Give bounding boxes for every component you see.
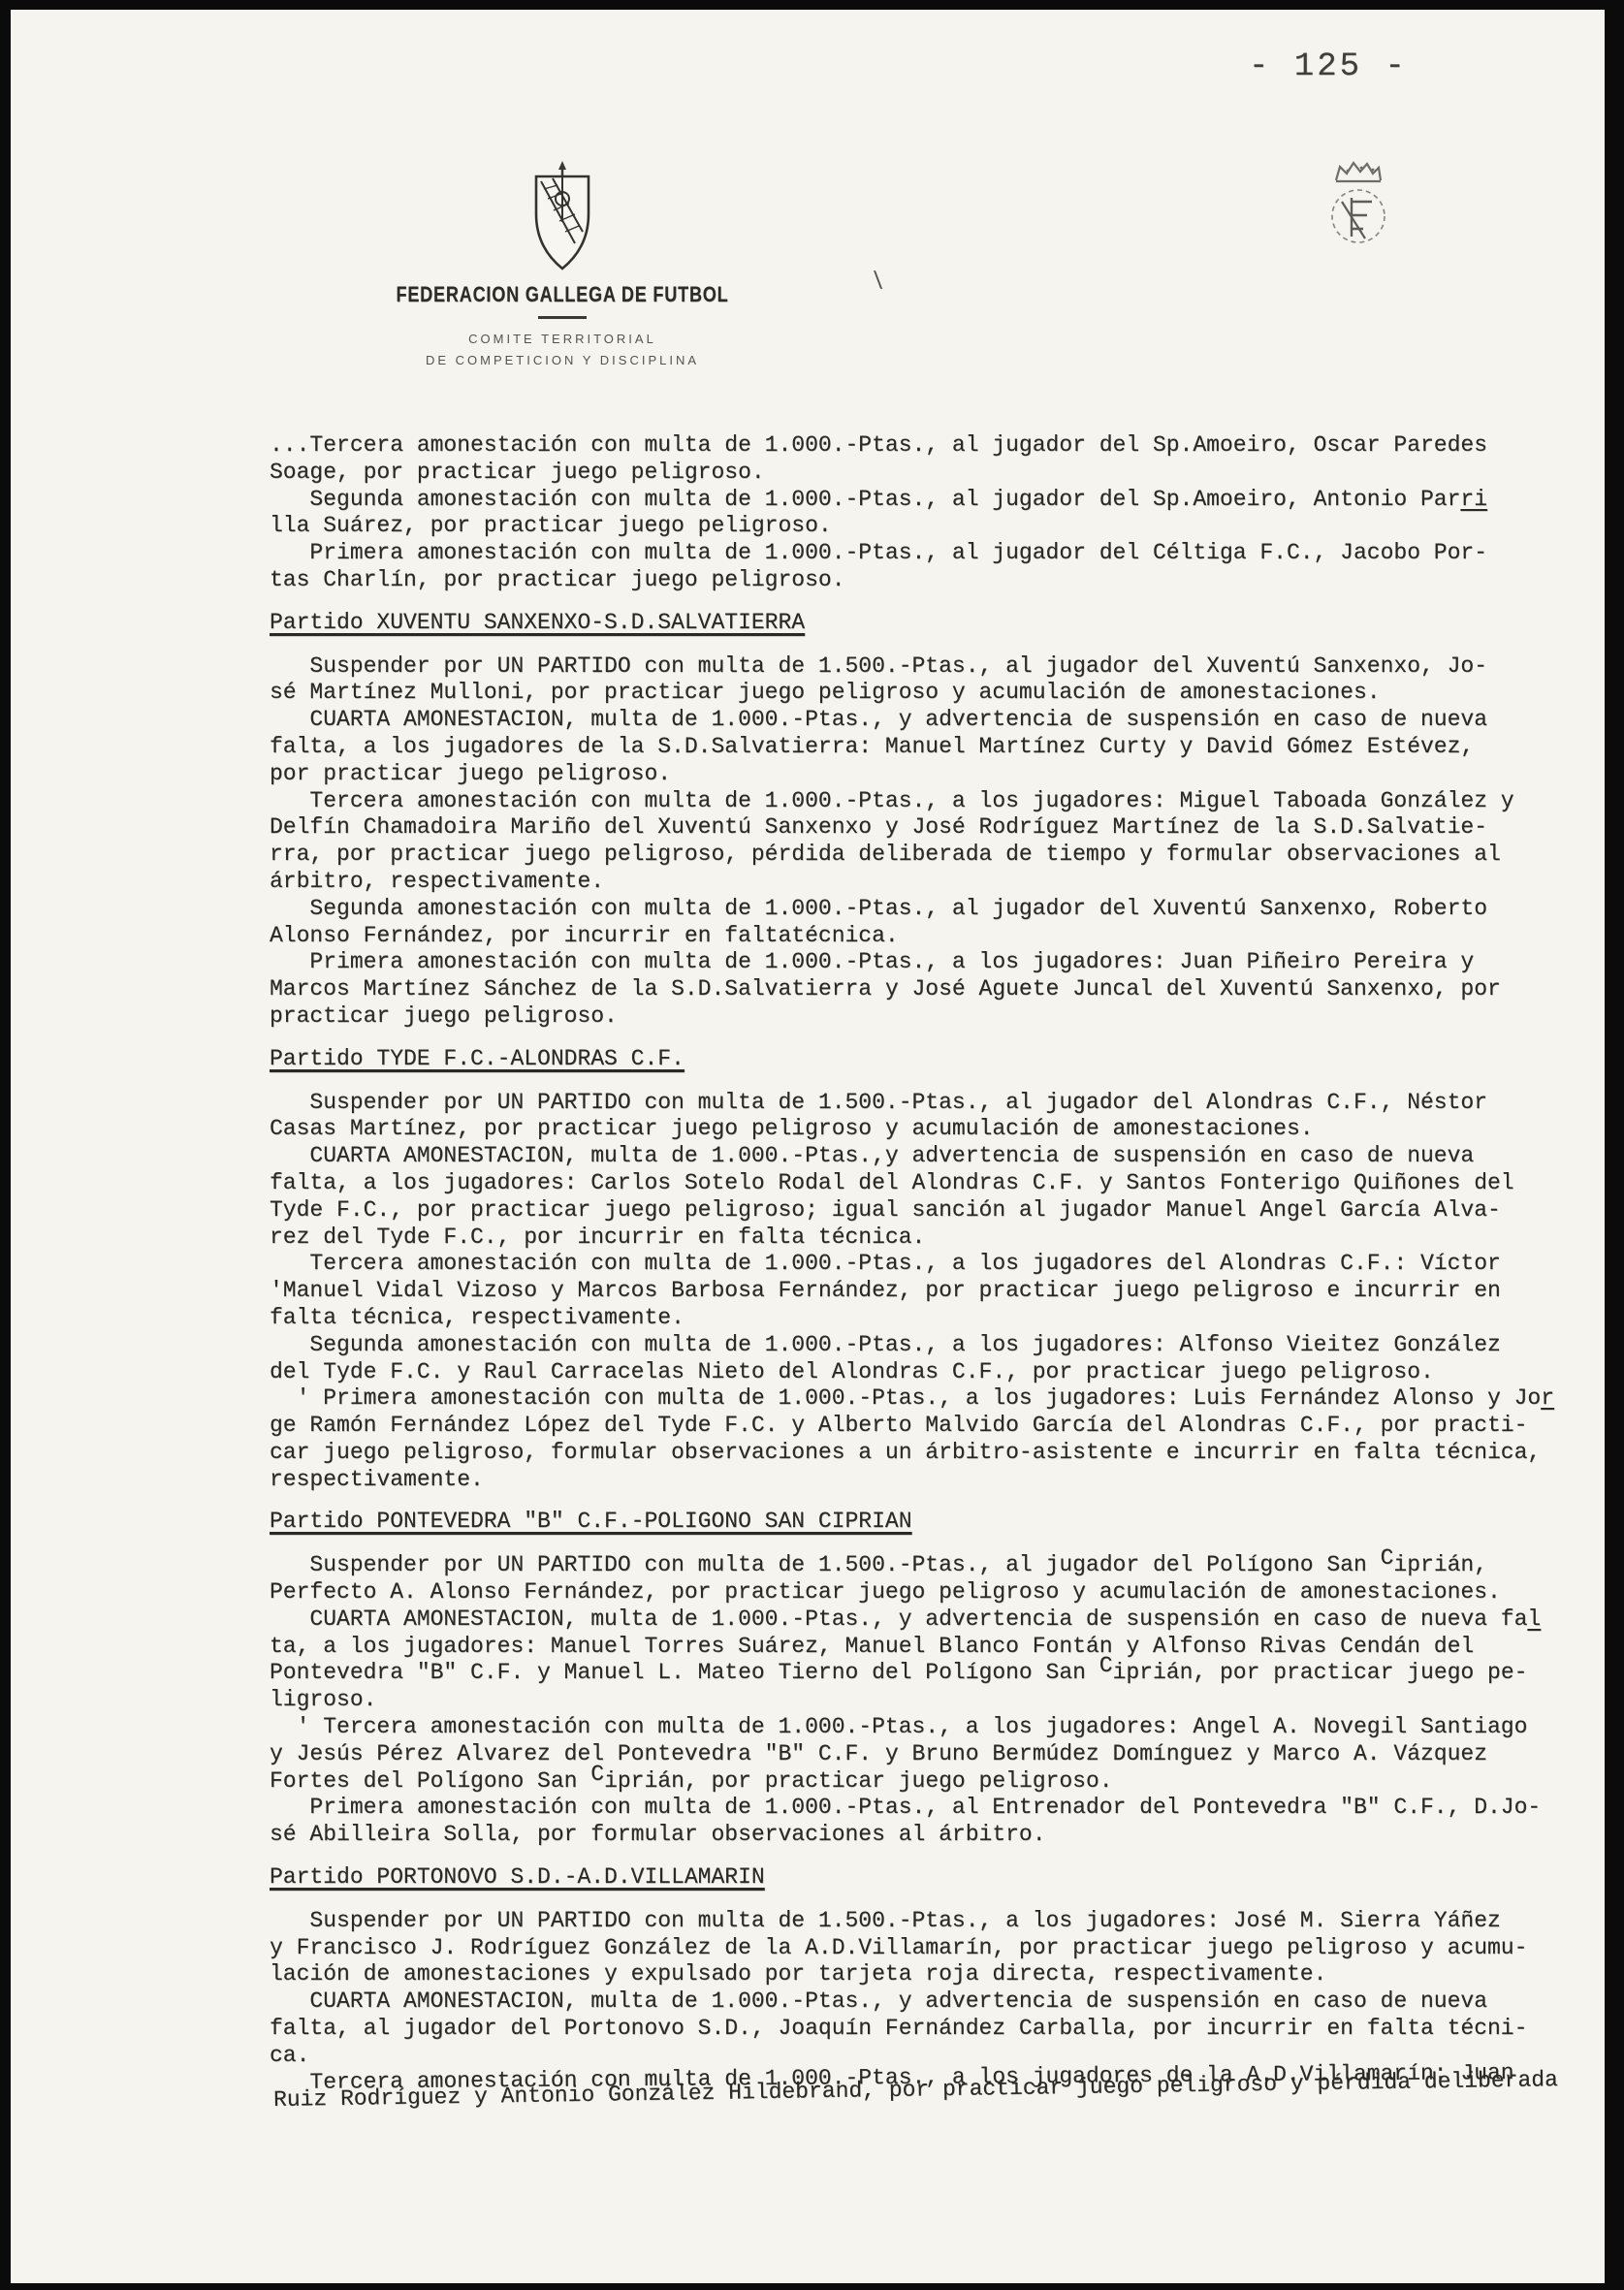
text-line: lación de amonestaciones y expulsado por…: [270, 1961, 1612, 1988]
federation-crown-stamp-icon: [1319, 155, 1396, 257]
text-line: ligroso.: [270, 1687, 1612, 1714]
committee-line-2: DE COMPETICION Y DISCIPLINA: [354, 350, 771, 371]
text-line: Soage, por practicar juego peligroso.: [270, 460, 1612, 487]
text-line: Suspender por UN PARTIDO con multa de 1.…: [270, 1552, 1612, 1579]
text-line: Primera amonestación con multa de 1.000.…: [270, 540, 1612, 567]
text-line: CUARTA AMONESTACION, multa de 1.000.-Pta…: [270, 707, 1612, 734]
text-line: ge Ramón Fernández López del Tyde F.C. y…: [270, 1413, 1612, 1440]
text-line: del Tyde F.C. y Raul Carracelas Nieto de…: [270, 1359, 1612, 1386]
text-line: Partido TYDE F.C.-ALONDRAS C.F.: [270, 1046, 1612, 1073]
committee-line-1: COMITE TERRITORIAL: [354, 329, 771, 350]
text-line: Tercera amonestación con multa de 1.000.…: [270, 788, 1612, 815]
text-line: CUARTA AMONESTACION, multa de 1.000.-Pta…: [270, 1606, 1612, 1634]
text-line: Primera amonestación con multa de 1.000.…: [270, 949, 1612, 976]
text-line: Casas Martínez, por practicar juego peli…: [270, 1116, 1612, 1143]
text-line: 'Manuel Vidal Vizoso y Marcos Barbosa Fe…: [270, 1278, 1612, 1305]
text-line: falta técnica, respectivamente.: [270, 1305, 1612, 1332]
text-line: practicar juego peligroso.: [270, 1003, 1612, 1031]
text-line: Alonso Fernández, por incurrir en faltat…: [270, 923, 1612, 950]
paragraph: Suspender por UN PARTIDO con multa de 1.…: [270, 1908, 1612, 2115]
paragraph: ...Tercera amonestación con multa de 1.0…: [270, 432, 1612, 594]
scanned-document-page: { "page": { "number": "- 125 -", "colors…: [0, 0, 1624, 2290]
text-line: por practicar juego peligroso.: [270, 761, 1612, 788]
text-line: falta, a los jugadores: Carlos Sotelo Ro…: [270, 1170, 1612, 1197]
text-line: árbitro, respectivamente.: [270, 869, 1612, 896]
text-line: tas Charlín, por practicar juego peligro…: [270, 567, 1612, 594]
text-line: Tercera amonestación con multa de 1.000.…: [270, 1251, 1612, 1278]
text-line: Tyde F.C., por practicar juego peligroso…: [270, 1197, 1612, 1225]
text-line: sé Martínez Mulloni, por practicar juego…: [270, 680, 1612, 707]
organization-name: FEDERACION GALLEGA DE FUTBOL: [392, 282, 734, 307]
federation-shield-icon: [354, 160, 771, 282]
text-line: rez del Tyde F.C., por incurrir en falta…: [270, 1225, 1612, 1252]
text-line: Pontevedra "B" C.F. y Manuel L. Mateo Ti…: [270, 1660, 1612, 1687]
scan-edge-top: [0, 0, 1624, 10]
text-line: Partido PORTONOVO S.D.-A.D.VILLAMARIN: [270, 1864, 1612, 1892]
text-line: y Francisco J. Rodríguez González de la …: [270, 1935, 1612, 1962]
text-line: Suspender por UN PARTIDO con multa de 1.…: [270, 653, 1612, 681]
section-heading: Partido PONTEVEDRA "B" C.F.-POLIGONO SAN…: [270, 1509, 1612, 1536]
scan-edge-bottom: [0, 2283, 1624, 2290]
text-line: Perfecto A. Alonso Fernández, por practi…: [270, 1579, 1612, 1606]
text-line: ...Tercera amonestación con multa de 1.0…: [270, 432, 1612, 460]
letterhead-divider: [538, 316, 587, 319]
text-line: ' Primera amonestación con multa de 1.00…: [270, 1385, 1612, 1413]
text-line: falta, al jugador del Portonovo S.D., Jo…: [270, 2016, 1612, 2043]
text-line: Suspender por UN PARTIDO con multa de 1.…: [270, 1090, 1612, 1117]
letterhead: FEDERACION GALLEGA DE FUTBOL COMITE TERR…: [354, 160, 771, 371]
text-line: Partido PONTEVEDRA "B" C.F.-POLIGONO SAN…: [270, 1509, 1612, 1536]
stray-mark: \: [869, 269, 886, 297]
paragraph: Suspender por UN PARTIDO con multa de 1.…: [270, 653, 1612, 1031]
paragraph: Suspender por UN PARTIDO con multa de 1.…: [270, 1552, 1612, 1849]
paragraph: Suspender por UN PARTIDO con multa de 1.…: [270, 1090, 1612, 1494]
scan-edge-left: [0, 0, 11, 2290]
text-line: Suspender por UN PARTIDO con multa de 1.…: [270, 1908, 1612, 1935]
section-heading: Partido TYDE F.C.-ALONDRAS C.F.: [270, 1046, 1612, 1073]
text-line: y Jesús Pérez Alvarez del Pontevedra "B"…: [270, 1741, 1612, 1768]
text-line: Segunda amonestación con multa de 1.000.…: [270, 1332, 1612, 1359]
text-line: Partido XUVENTU SANXENXO-S.D.SALVATIERRA: [270, 610, 1612, 637]
text-line: car juego peligroso, formular observacio…: [270, 1440, 1612, 1467]
text-line: lla Suárez, por practicar juego peligros…: [270, 513, 1612, 540]
document-body: ...Tercera amonestación con multa de 1.0…: [270, 432, 1612, 2115]
text-line: Fortes del Polígono San Ciprián, por pra…: [270, 1768, 1612, 1796]
text-line: sé Abilleira Solla, por formular observa…: [270, 1822, 1612, 1849]
section-heading: Partido PORTONOVO S.D.-A.D.VILLAMARIN: [270, 1864, 1612, 1892]
text-line: Delfín Chamadoira Mariño del Xuventú San…: [270, 814, 1612, 842]
text-line: falta, a los jugadores de la S.D.Salvati…: [270, 734, 1612, 761]
text-line: Segunda amonestación con multa de 1.000.…: [270, 896, 1612, 923]
text-line: ta, a los jugadores: Manuel Torres Suáre…: [270, 1634, 1612, 1661]
text-line: ' Tercera amonestación con multa de 1.00…: [270, 1714, 1612, 1741]
page-number: - 125 -: [1249, 48, 1408, 85]
text-line: CUARTA AMONESTACION, multa de 1.000.-Pta…: [270, 1143, 1612, 1170]
section-heading: Partido XUVENTU SANXENXO-S.D.SALVATIERRA: [270, 610, 1612, 637]
text-line: Marcos Martínez Sánchez de la S.D.Salvat…: [270, 976, 1612, 1003]
text-line: Segunda amonestación con multa de 1.000.…: [270, 487, 1612, 514]
text-line: CUARTA AMONESTACION, multa de 1.000.-Pta…: [270, 1988, 1612, 2016]
text-line: Primera amonestación con multa de 1.000.…: [270, 1795, 1612, 1822]
text-line: respectivamente.: [270, 1467, 1612, 1494]
text-line: rra, por practicar juego peligroso, pérd…: [270, 842, 1612, 869]
